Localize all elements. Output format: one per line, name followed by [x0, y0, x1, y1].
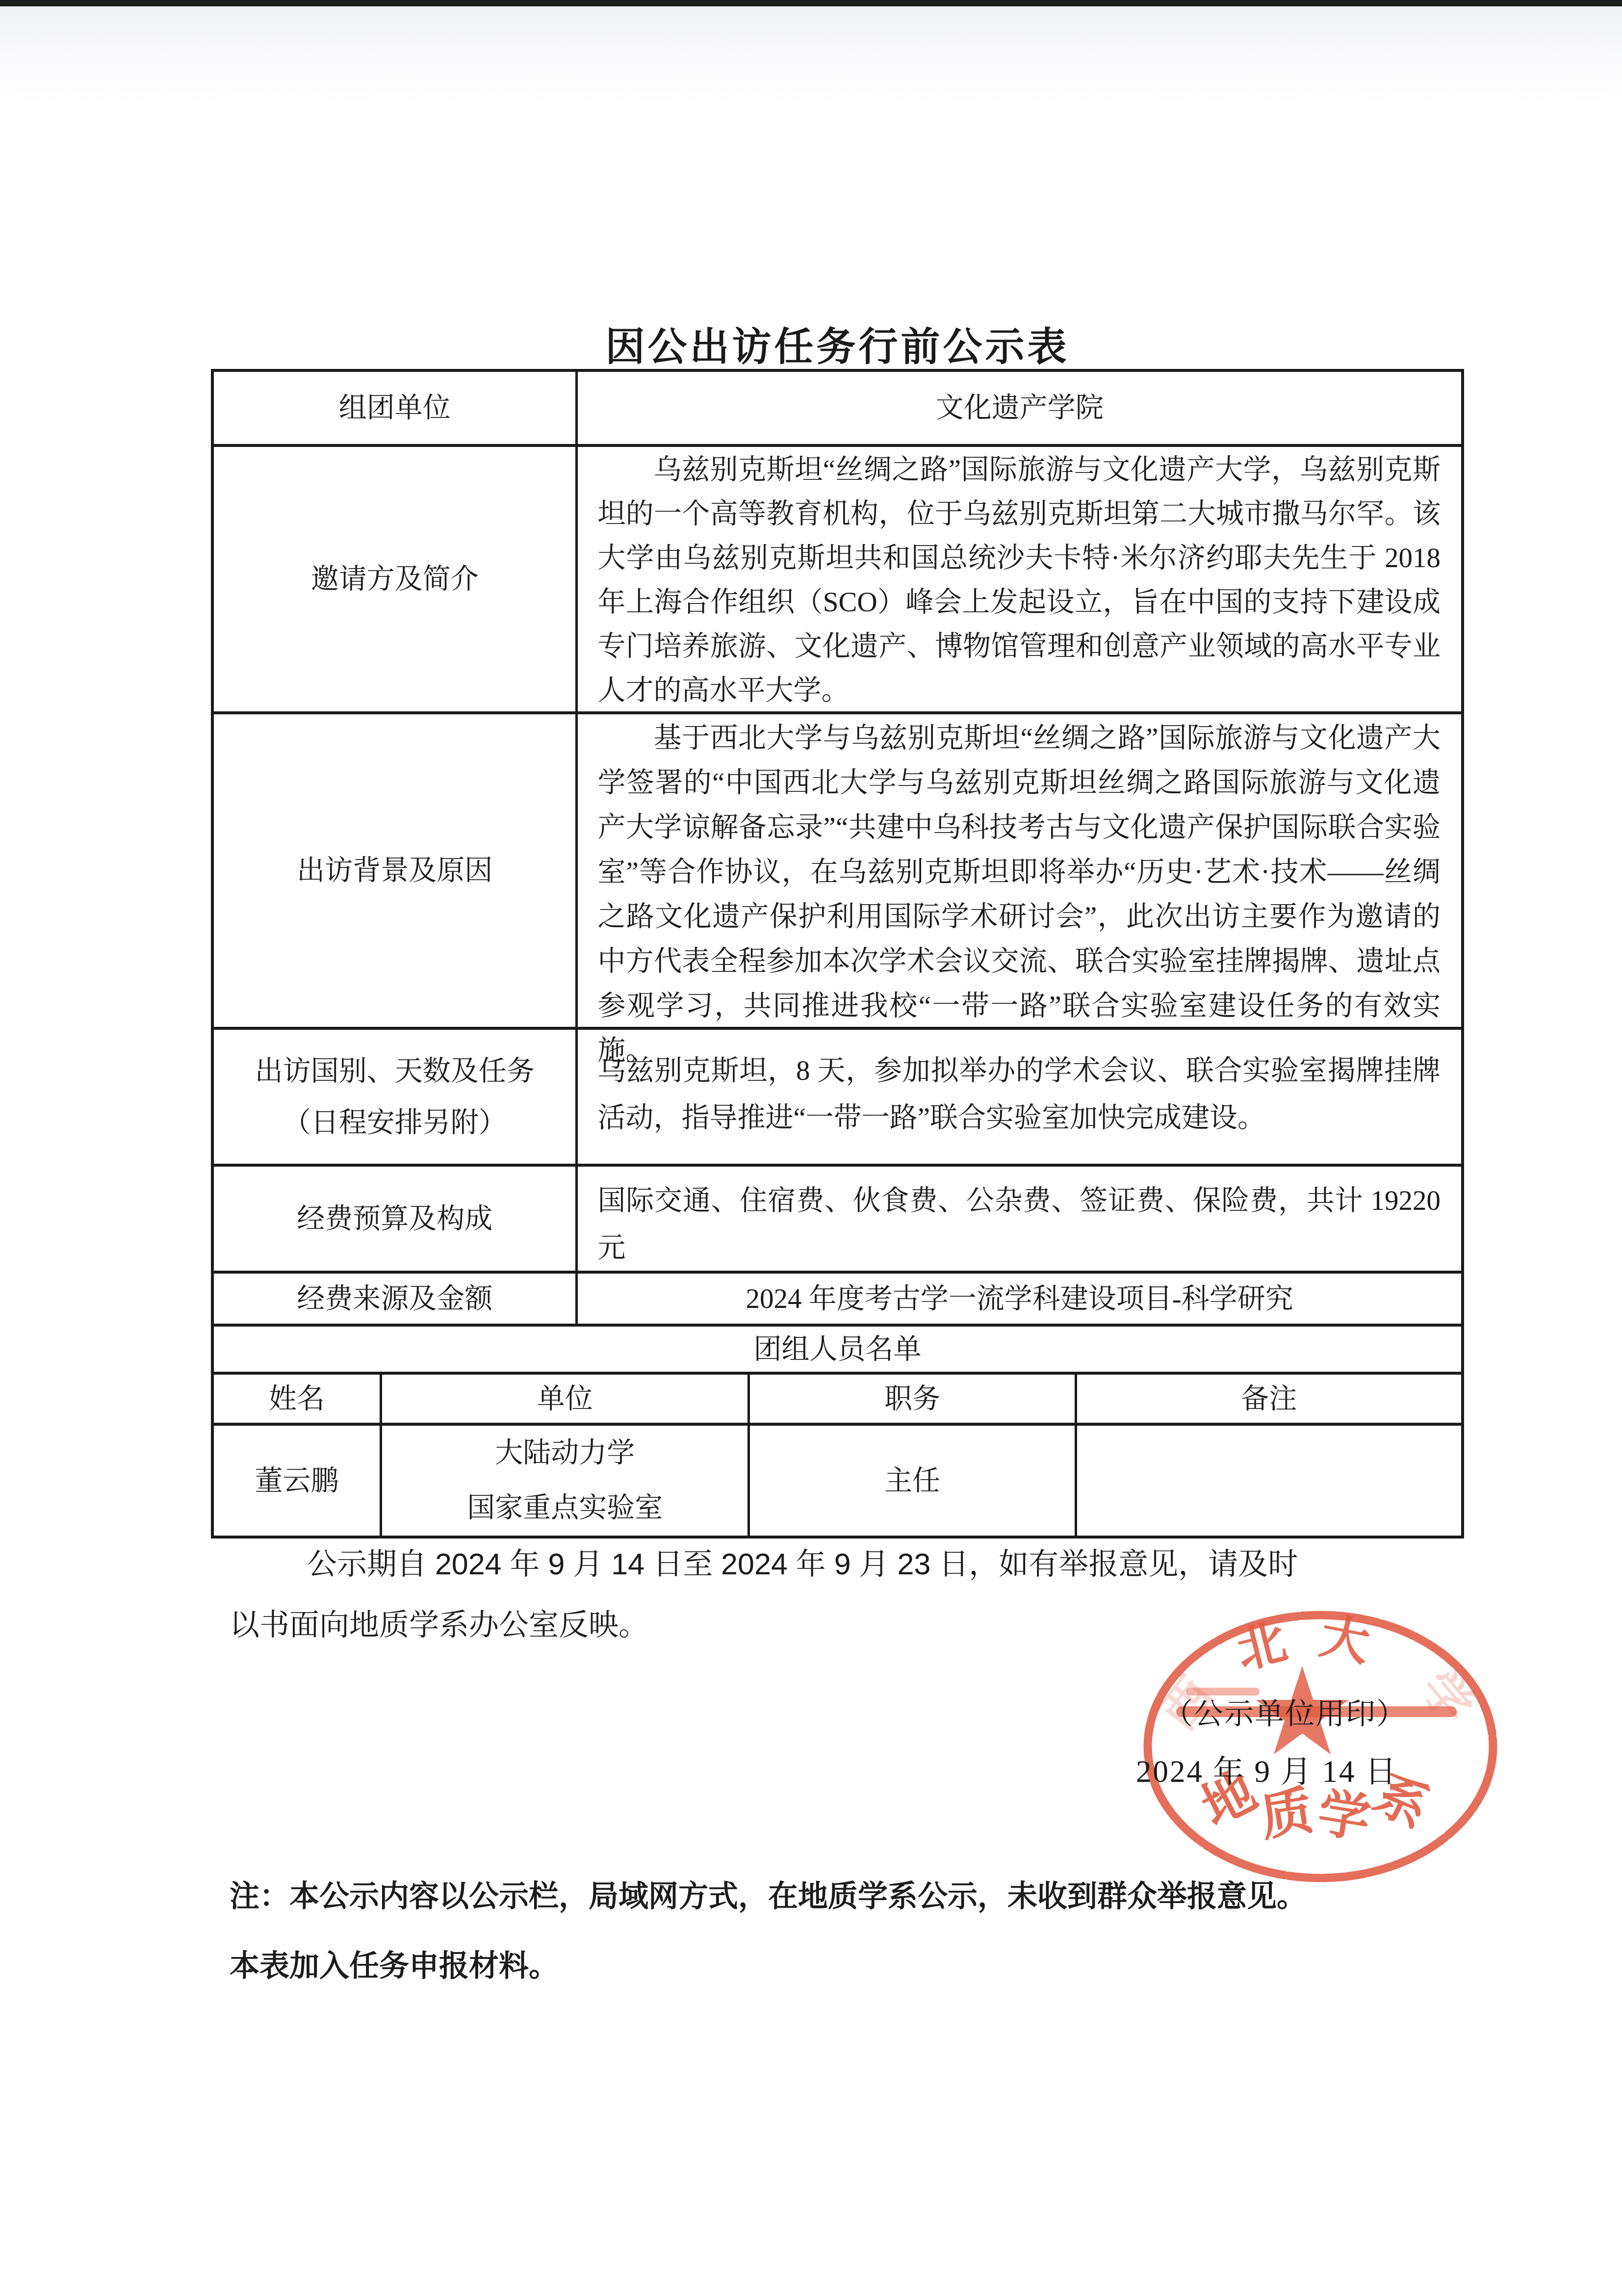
roster-title: 团组人员名单: [214, 1327, 1461, 1372]
row-value-organizer: 文化遗产学院: [575, 372, 1461, 444]
row-label-budget: 经费预算及构成: [214, 1167, 575, 1271]
scan-shading-artifact: [0, 6, 1622, 109]
row-value-inviter: 乌兹别克斯坦“丝绸之路”国际旅游与文化遗产大学，乌兹别克斯坦的一个高等教育机构，…: [575, 447, 1461, 711]
roster-cell-unit: 大陆动力学 国家重点实验室: [380, 1426, 747, 1536]
roster-header-name: 姓名: [214, 1375, 380, 1423]
row-label-organizer: 组团单位: [214, 372, 575, 444]
stamp-date: 2024 年 9 月 14 日: [1136, 1747, 1397, 1791]
row-label-inviter: 邀请方及简介: [214, 447, 575, 711]
table-row-organizer: 组团单位 文化遗产学院: [214, 372, 1461, 444]
table-row-funding-source: 经费来源及金额 2024 年度考古学一流学科建设项目-科学研究: [214, 1271, 1461, 1324]
row-value-funding-source: 2024 年度考古学一流学科建设项目-科学研究: [575, 1274, 1461, 1324]
roster-cell-note: [1075, 1426, 1461, 1536]
seal-char-da: 大: [1315, 1608, 1374, 1671]
seal-char-xue: 学: [1314, 1783, 1374, 1849]
row-value-background: 基于西北大学与乌兹别克斯坦“丝绸之路”国际旅游与文化遗产大学签署的“中国西北大学…: [575, 714, 1461, 1027]
row-value-budget: 国际交通、住宿费、伙食费、公杂费、签证费、保险费，共计 19220 元: [575, 1167, 1461, 1271]
row-label-funding-source: 经费来源及金额: [214, 1274, 575, 1324]
row-value-destination: 乌兹别克斯坦，8 天，参加拟举办的学术会议、联合实验室揭牌挂牌活动，指导推进“一…: [575, 1030, 1461, 1164]
table-row-roster-title: 团组人员名单: [214, 1324, 1461, 1372]
roster-data-row: 董云鹏 大陆动力学 国家重点实验室 主任: [214, 1423, 1461, 1536]
roster-header-position: 职务: [747, 1375, 1074, 1423]
roster-cell-name: 董云鹏: [214, 1426, 380, 1536]
scanner-edge-artifact: [0, 0, 1622, 6]
seal-char-zhi: 质: [1257, 1781, 1317, 1847]
roster-cell-position: 主任: [747, 1426, 1074, 1536]
scanned-document-page: 因公出访任务行前公示表 组团单位 文化遗产学院 邀请方及简介 乌兹别克斯坦“丝绸…: [0, 0, 1622, 2296]
notice-table: 组团单位 文化遗产学院 邀请方及简介 乌兹别克斯坦“丝绸之路”国际旅游与文化遗产…: [211, 369, 1464, 1539]
row-label-destination: 出访国别、天数及任务 （日程安排另附）: [214, 1030, 575, 1164]
table-row-inviter: 邀请方及简介 乌兹别克斯坦“丝绸之路”国际旅游与文化遗产大学，乌兹别克斯坦的一个…: [214, 444, 1461, 711]
roster-header-unit: 单位: [380, 1375, 747, 1423]
roster-header-note: 备注: [1075, 1375, 1461, 1423]
table-row-destination: 出访国别、天数及任务 （日程安排另附） 乌兹别克斯坦，8 天，参加拟举办的学术会…: [214, 1027, 1461, 1164]
table-row-background: 出访背景及原因 基于西北大学与乌兹别克斯坦“丝绸之路”国际旅游与文化遗产大学签署…: [214, 711, 1461, 1027]
row-label-background: 出访背景及原因: [214, 714, 575, 1027]
seal-char-xue-top: 学: [1410, 1661, 1483, 1734]
table-row-budget: 经费预算及构成 国际交通、住宿费、伙食费、公杂费、签证费、保险费，共计 1922…: [214, 1164, 1461, 1271]
page-title: 因公出访任务行前公示表: [211, 315, 1464, 371]
seal-char-bei: 北: [1231, 1614, 1292, 1679]
stamp-caption: （公示单位用印）: [1163, 1691, 1407, 1733]
roster-header-row: 姓名 单位 职务 备注: [214, 1372, 1461, 1423]
